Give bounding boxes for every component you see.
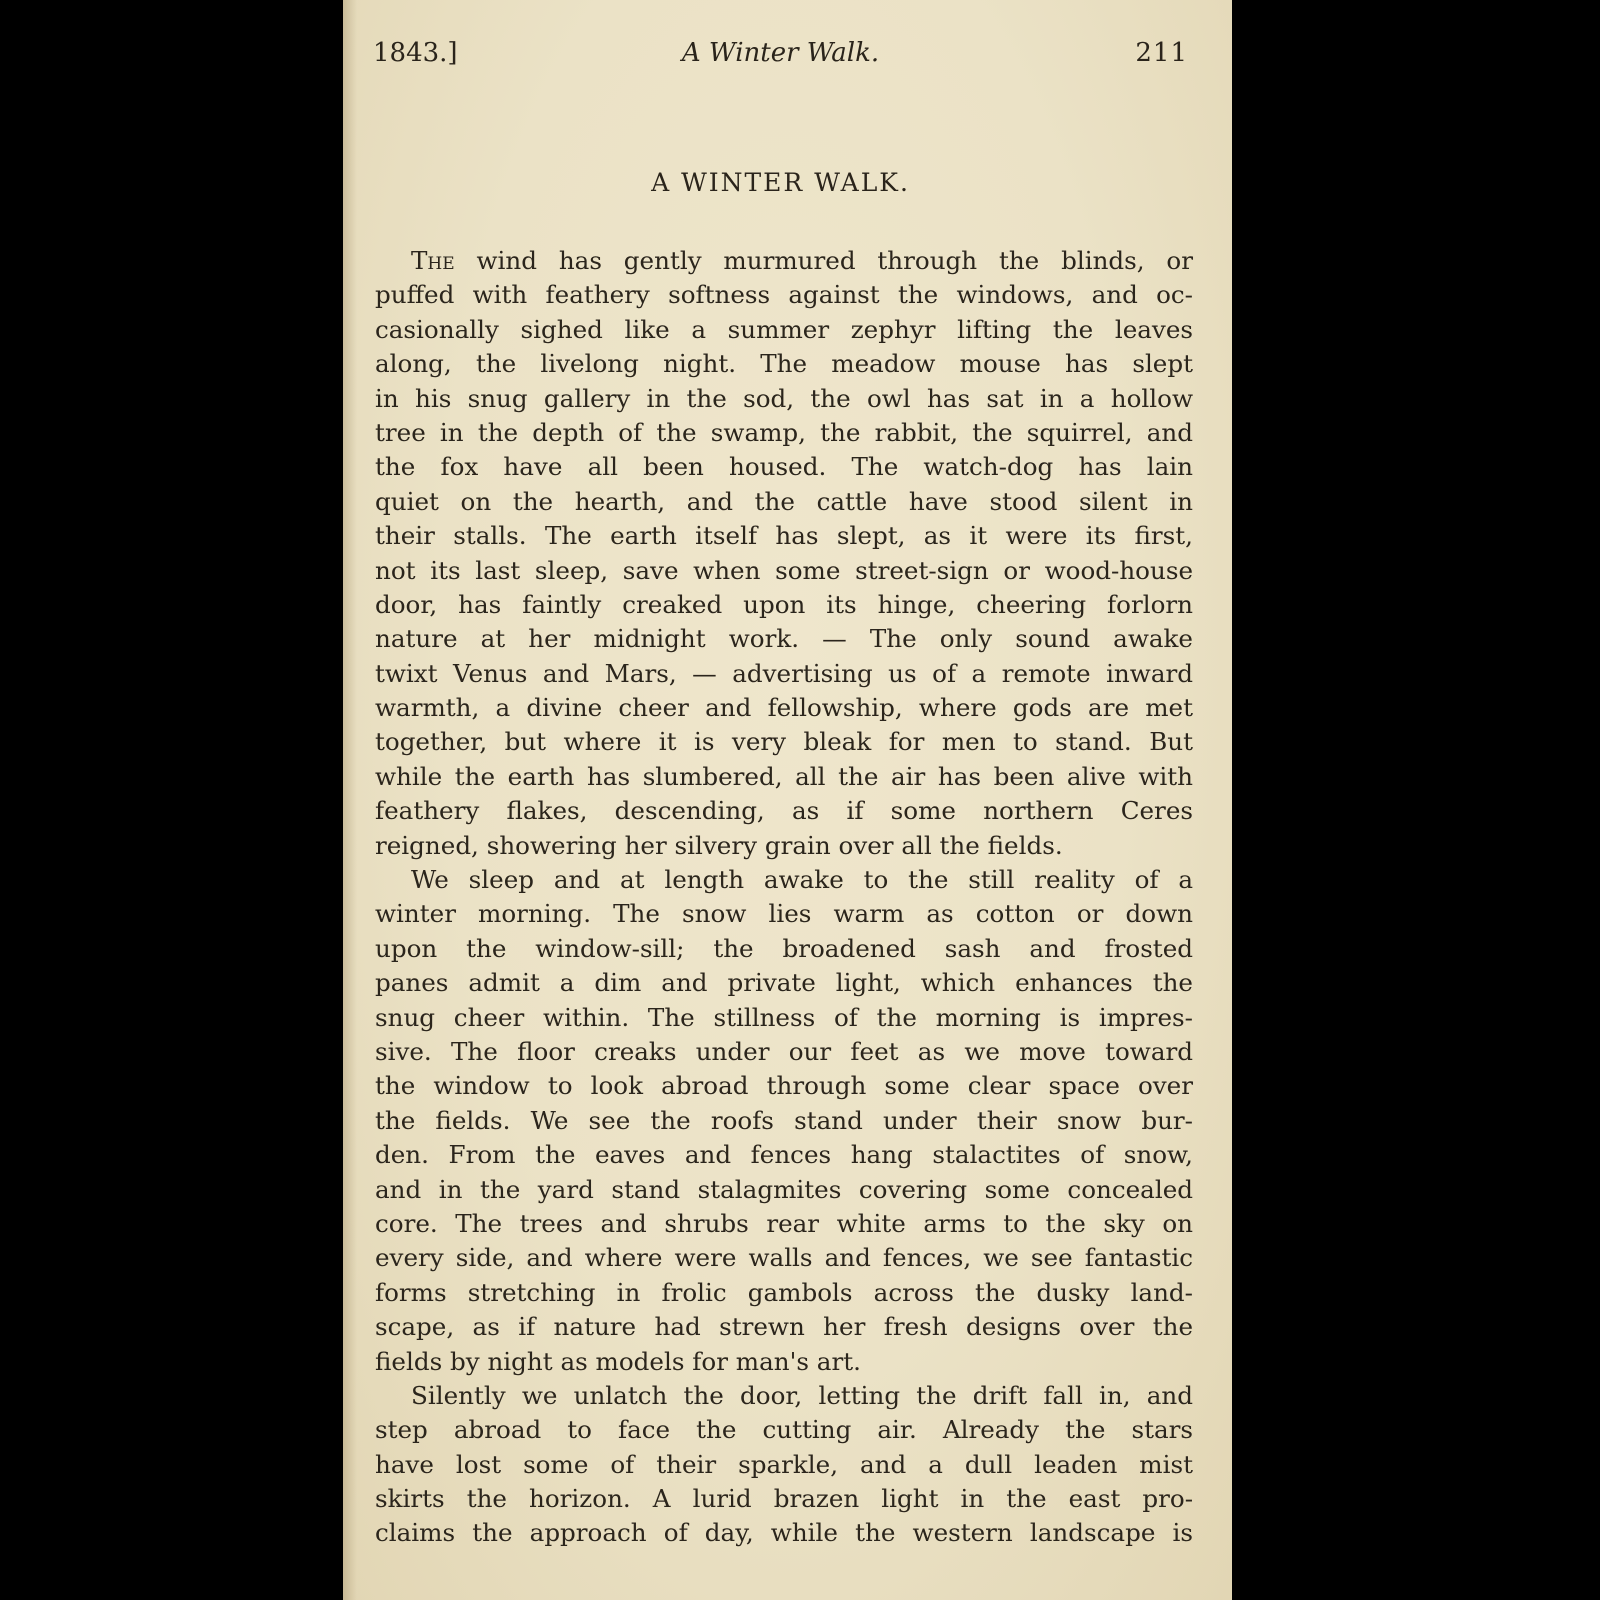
text-line: reigned, showering her silvery grain ove… <box>375 829 1193 863</box>
text-line: have lost some of their sparkle, and a d… <box>375 1448 1193 1482</box>
text-line: tree in the depth of the swamp, the rabb… <box>375 416 1193 450</box>
text-line: together, but where it is very bleak for… <box>375 725 1193 759</box>
page-number: 211 <box>1135 38 1188 68</box>
text-line: not its last sleep, save when some stree… <box>375 554 1193 588</box>
book-page: 1843.] A Winter Walk. 211 A WINTER WALK.… <box>343 0 1232 1600</box>
text-line: quiet on the hearth, and the cattle have… <box>375 485 1193 519</box>
text-line: every side, and where were walls and fen… <box>375 1241 1193 1275</box>
paragraph-1: The wind has gently murmured through the… <box>375 244 1193 863</box>
text-line: along, the livelong night. The meadow mo… <box>375 347 1193 381</box>
paragraph-2: We sleep and at length awake to the stil… <box>375 863 1193 1379</box>
text-line: and in the yard stand stalagmites coveri… <box>375 1173 1193 1207</box>
text-line: Silently we unlatch the door, letting th… <box>375 1379 1193 1413</box>
text-line: panes admit a dim and private light, whi… <box>375 966 1193 1000</box>
text-line: in his snug gallery in the sod, the owl … <box>375 382 1193 416</box>
text-line: their stalls. The earth itself has slept… <box>375 519 1193 553</box>
text-line: the window to look abroad through some c… <box>375 1069 1193 1103</box>
running-head-title: A Winter Walk. <box>373 38 1188 68</box>
paragraph-3: Silently we unlatch the door, letting th… <box>375 1379 1193 1551</box>
article-body: The wind has gently murmured through the… <box>375 244 1193 1551</box>
text-line: warmth, a divine cheer and fellowship, w… <box>375 691 1193 725</box>
text-line: snug cheer within. The stillness of the … <box>375 1001 1193 1035</box>
text-line: upon the window-sill; the broadened sash… <box>375 932 1193 966</box>
text-line: claims the approach of day, while the we… <box>375 1516 1193 1550</box>
text-line: skirts the horizon. A lurid brazen light… <box>375 1482 1193 1516</box>
text-line: core. The trees and shrubs rear white ar… <box>375 1207 1193 1241</box>
text-line: We sleep and at length awake to the stil… <box>375 863 1193 897</box>
text-line: while the earth has slumbered, all the a… <box>375 760 1193 794</box>
text-line: twixt Venus and Mars, — advertising us o… <box>375 657 1193 691</box>
text-line: sive. The floor creaks under our feet as… <box>375 1035 1193 1069</box>
text-line: casionally sighed like a summer zephyr l… <box>375 313 1193 347</box>
text-line: step abroad to face the cutting air. Alr… <box>375 1413 1193 1447</box>
text-line: den. From the eaves and fences hang stal… <box>375 1138 1193 1172</box>
text-line: the fields. We see the roofs stand under… <box>375 1104 1193 1138</box>
text-line: puffed with feathery softness against th… <box>375 278 1193 312</box>
text-line: forms stretching in frolic gambols acros… <box>375 1276 1193 1310</box>
text-line: The wind has gently murmured through the… <box>375 244 1193 278</box>
text-line: the fox have all been housed. The watch-… <box>375 450 1193 484</box>
text-line: nature at her midnight work. — The only … <box>375 622 1193 656</box>
text-line: door, has faintly creaked upon its hinge… <box>375 588 1193 622</box>
text-line: feathery flakes, descending, as if some … <box>375 794 1193 828</box>
article-title: A WINTER WALK. <box>373 168 1188 197</box>
lead-word: The <box>411 246 455 275</box>
text-line: winter morning. The snow lies warm as co… <box>375 897 1193 931</box>
text-line: fields by night as models for man's art. <box>375 1345 1193 1379</box>
text-line: scape, as if nature had strewn her fresh… <box>375 1310 1193 1344</box>
running-head: 1843.] A Winter Walk. 211 <box>373 38 1188 78</box>
